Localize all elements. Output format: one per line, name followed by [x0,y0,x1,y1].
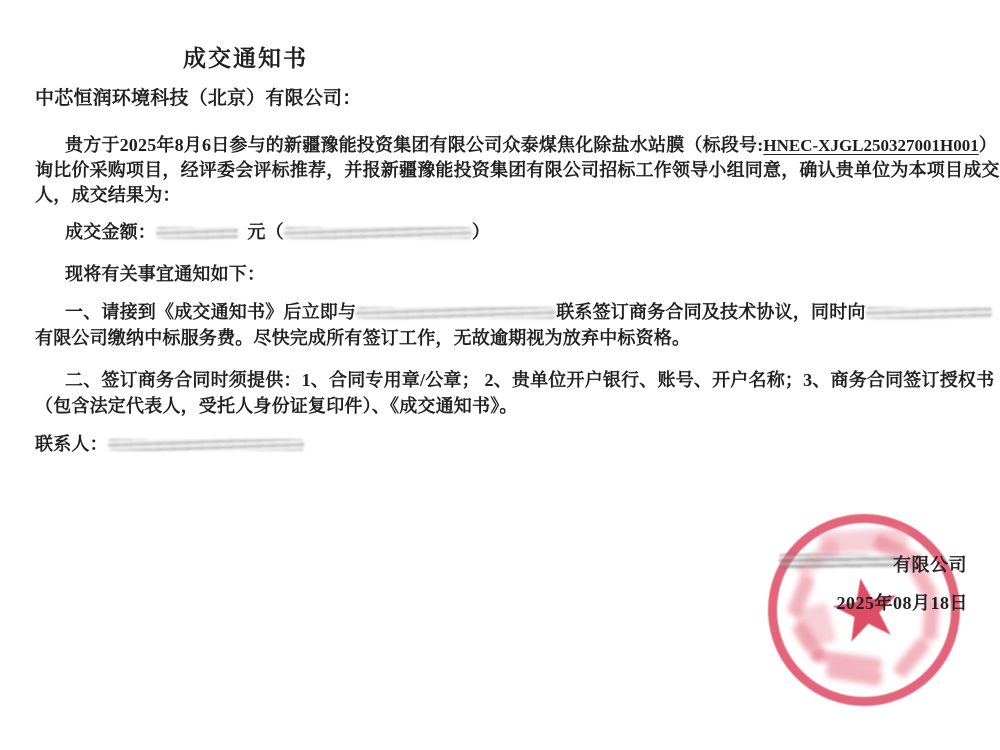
amount-value-redacted [156,227,238,239]
award-notice-document: 成交通知书 中芯恒润环境科技（北京）有限公司： 贵方于2025年8月6日参与的新… [0,0,1000,750]
intro-line-1: 贵方于2025年8月6日参与的新疆豫能投资集团有限公司众泰煤焦化除盐水站膜（标段… [65,134,997,157]
intro-line-2: 询比价采购项目，经评委会评标推荐，并报新疆豫能投资集团有限公司招标工作领导小组同… [35,159,1000,181]
item2-line-2: （包含法定代表人，受托人身份证复印件）、《成交通知书》。 [35,395,518,417]
intro-line-3: 人，成交结果为： [35,184,181,206]
item1-line-2: 有限公司缴纳中标服务费。尽快完成所有签订工作，无故逾期视为放弃中标资格。 [35,327,690,349]
amount-unit: 元 [247,222,265,242]
tender-number: HNEC-XJGL250327001H001 [763,136,978,155]
amount-paren-open: （ [266,222,284,242]
signature-company-redacted [779,554,899,568]
item1-agency-redacted [866,307,992,319]
page-title: 成交通知书 [183,40,308,73]
signature-company-suffix: 有限公司 [893,551,967,577]
item1-line-1: 一、请接到《成交通知书》后立即与联系签订商务合同及技术协议，同时向 [65,301,992,323]
amount-line: 成交金额： 元（） [65,221,490,243]
recipient-line: 中芯恒润环境科技（北京）有限公司： [35,88,361,110]
amount-words-redacted [284,227,472,239]
contact-line: 联系人： [35,433,304,455]
intro-text-post: ） [979,135,997,155]
item2-line-1: 二、签订商务合同时须提供：1、合同专用章/公章； 2、贵单位开户银行、账号、开户… [65,369,994,391]
item1-text-pre: 一、请接到《成交通知书》后立即与 [65,302,356,322]
item1-text-mid: 联系签订商务合同及技术协议，同时向 [556,302,865,322]
contact-name-redacted [108,439,304,451]
intro-text-pre: 贵方于2025年8月6日参与的新疆豫能投资集团有限公司众泰煤焦化除盐水站膜（标段… [65,135,763,155]
contact-label: 联系人： [35,434,108,454]
amount-paren-close: ） [472,222,490,242]
item1-party-redacted [356,307,556,319]
amount-label: 成交金额： [65,222,156,242]
signature-date: 2025年08月18日 [837,589,969,615]
notice-intro-line: 现将有关事宜通知如下： [65,263,265,285]
